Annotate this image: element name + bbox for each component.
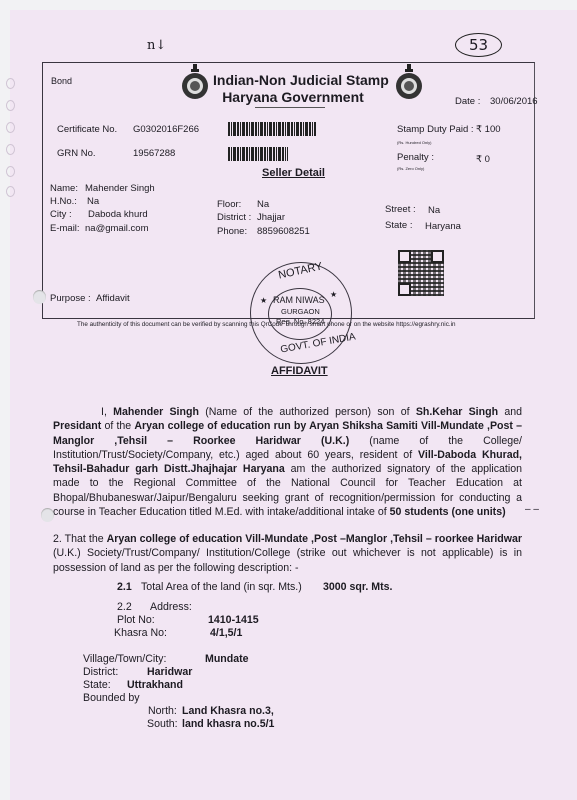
khasra-label: Khasra No: bbox=[114, 627, 167, 639]
item-2-1-value: 3000 sqr. Mts. bbox=[323, 581, 393, 593]
binder-hole bbox=[6, 122, 15, 133]
bounded-by-label: Bounded by bbox=[83, 692, 140, 704]
binder-hole bbox=[6, 166, 15, 177]
seller-name-value: Mahender Singh bbox=[85, 183, 155, 194]
qr-code[interactable] bbox=[398, 250, 444, 296]
seller-email-label: E-mail: bbox=[50, 223, 80, 234]
star-icon: ★ bbox=[260, 296, 267, 305]
item-2-1-number: 2.1 bbox=[117, 581, 132, 593]
seller-phone-label: Phone: bbox=[217, 226, 247, 237]
item-2-2-label: Address: bbox=[150, 601, 192, 613]
affidavit-title: AFFIDAVIT bbox=[271, 365, 328, 377]
certificate-label: Certificate No. bbox=[57, 124, 117, 135]
seller-floor-label: Floor: bbox=[217, 199, 241, 210]
plot-value: 1410-1415 bbox=[208, 614, 259, 626]
seller-phone-value: 8859608251 bbox=[257, 226, 310, 237]
punch-hole bbox=[33, 290, 46, 304]
notary-seal-city: GURGAON bbox=[281, 307, 320, 316]
certificate-barcode bbox=[228, 122, 316, 136]
seller-street-value: Na bbox=[428, 205, 440, 216]
seller-floor-value: Na bbox=[257, 199, 269, 210]
binder-hole bbox=[6, 100, 15, 111]
state-value: Uttrakhand bbox=[127, 679, 183, 691]
state-label: State: bbox=[83, 679, 111, 691]
khasra-value: 4/1,5/1 bbox=[210, 627, 242, 639]
grn-barcode bbox=[228, 147, 288, 161]
affidavit-paragraph-2: 2. That the Aryan college of education V… bbox=[53, 532, 522, 575]
stamp-duty-value: ₹ 100 bbox=[476, 124, 501, 135]
seller-city-value: Daboda khurd bbox=[88, 209, 148, 220]
punch-hole bbox=[41, 508, 54, 522]
stamp-duty-label: Stamp Duty Paid : bbox=[397, 124, 474, 135]
seller-district-label: District : bbox=[217, 212, 251, 223]
stamp-duty-words: (Rs. Hundred Only) bbox=[397, 140, 431, 145]
seller-district-value: Jhajjar bbox=[257, 212, 285, 223]
seller-state-label: State : bbox=[385, 220, 412, 231]
seller-email-value: na@gmail.com bbox=[85, 223, 149, 234]
penalty-words: (Rs. Zero Only) bbox=[397, 166, 424, 171]
binder-hole bbox=[6, 144, 15, 155]
handwritten-mark: n↓ bbox=[147, 38, 166, 53]
south-value: land khasra no.5/1 bbox=[182, 718, 274, 730]
district-value: Haridwar bbox=[147, 666, 192, 678]
seller-city-label: City : bbox=[50, 209, 72, 220]
page-number-annotation: 53 bbox=[455, 33, 502, 57]
south-label: South: bbox=[147, 718, 178, 730]
penalty-value: ₹ 0 bbox=[476, 154, 490, 165]
margin-dashes: – – bbox=[525, 504, 539, 515]
date-value: 30/06/2016 bbox=[490, 96, 538, 107]
seller-street-label: Street : bbox=[385, 204, 416, 215]
binder-hole bbox=[6, 186, 15, 197]
north-label: North: bbox=[148, 705, 177, 717]
item-2-2-number: 2.2 bbox=[117, 601, 132, 613]
district-label: District: bbox=[83, 666, 118, 678]
purpose-label: Purpose : bbox=[50, 293, 91, 304]
date-label: Date : bbox=[455, 96, 480, 107]
star-icon: ★ bbox=[330, 290, 337, 299]
notary-seal-name: RAM NIWAS bbox=[273, 295, 325, 305]
north-value: Land Khasra no.3, bbox=[182, 705, 274, 717]
divider bbox=[255, 107, 325, 108]
seller-name-label: Name: bbox=[50, 183, 78, 194]
seller-state-value: Haryana bbox=[425, 221, 461, 232]
stamp-title: Indian-Non Judicial Stamp Haryana Govern… bbox=[213, 72, 373, 106]
village-value: Mundate bbox=[205, 653, 249, 665]
affidavit-paragraph-1: I, Mahender Singh (Name of the authorize… bbox=[53, 405, 522, 519]
plot-label: Plot No: bbox=[117, 614, 155, 626]
certificate-value: G0302016F266 bbox=[133, 124, 199, 135]
grn-label: GRN No. bbox=[57, 148, 96, 159]
haryana-emblem-icon bbox=[394, 64, 424, 100]
seller-detail-title: Seller Detail bbox=[262, 167, 325, 179]
doc-type: Bond bbox=[51, 76, 72, 86]
binder-hole bbox=[6, 78, 15, 89]
penalty-label: Penalty : bbox=[397, 152, 434, 163]
purpose-value: Affidavit bbox=[96, 293, 130, 304]
seller-hno-value: Na bbox=[87, 196, 99, 207]
notary-seal-reg: Reg. No. 8224 bbox=[276, 317, 324, 326]
village-label: Village/Town/City: bbox=[83, 653, 166, 665]
item-2-1-label: Total Area of the land (in sqr. Mts.) bbox=[141, 581, 302, 593]
haryana-emblem-icon bbox=[180, 64, 210, 100]
seller-hno-label: H.No.: bbox=[50, 196, 77, 207]
grn-value: 19567288 bbox=[133, 148, 175, 159]
